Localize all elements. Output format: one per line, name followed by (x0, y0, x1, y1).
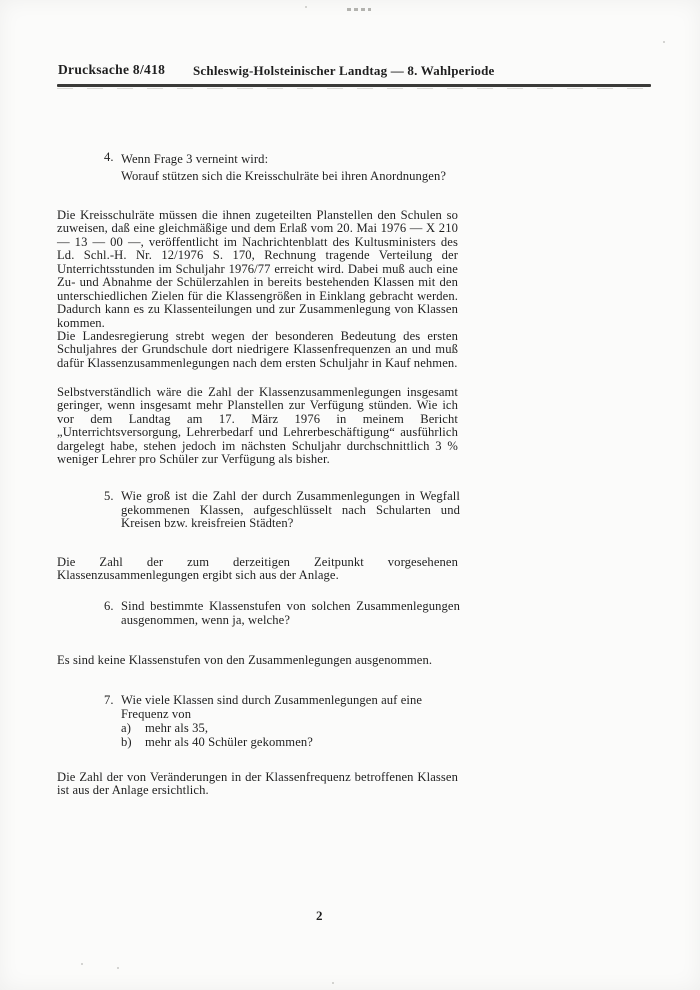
header-rule-shadow (57, 88, 651, 89)
question-4-text: Wenn Frage 3 verneint wird: Worauf stütz… (121, 151, 460, 184)
scan-artifact-speck (305, 6, 307, 8)
question-7-item-b-text: mehr als 40 Schüler gekommen? (145, 735, 313, 749)
page-number: 2 (316, 908, 323, 924)
question-5-text: Wie groß ist die Zahl der durch Zusammen… (121, 490, 460, 531)
question-6-number: 6. (104, 600, 114, 614)
question-7-item-b-label: b) (121, 735, 145, 749)
question-7: 7. Wie viele Klassen sind durch Zusammen… (104, 694, 460, 749)
scan-artifact-smudge (347, 8, 371, 11)
header-rule (57, 84, 651, 87)
scan-artifact-speck (117, 967, 119, 969)
scan-artifact-speck (332, 982, 334, 984)
question-5-number: 5. (104, 490, 114, 504)
scan-artifact-speck (663, 41, 665, 43)
doc-title: Schleswig-Holsteinischer Landtag — 8. Wa… (193, 63, 494, 79)
answer-7-paragraph: Die Zahl der von Veränderungen in der Kl… (57, 771, 458, 798)
answer-4-paragraph-2: Die Landesregierung strebt wegen der bes… (57, 330, 458, 371)
doc-number: Drucksache 8/418 (58, 62, 165, 78)
question-7-number: 7. (104, 694, 114, 708)
question-4-line1: Wenn Frage 3 verneint wird: (121, 151, 460, 168)
question-7-text: Wie viele Klassen sind durch Zusammenleg… (121, 694, 460, 749)
question-6-text: Sind bestimmte Klassenstufen von solchen… (121, 600, 460, 627)
scanned-document-page: Drucksache 8/418 Schleswig-Holsteinische… (0, 0, 700, 990)
answer-4-paragraph-3: Selbstverständlich wäre die Zahl der Kla… (57, 386, 458, 467)
question-7-item-b: b)mehr als 40 Schüler gekommen? (121, 735, 460, 749)
question-4-line2: Worauf stützen sich die Kreisschulräte b… (121, 168, 460, 185)
question-7-item-a: a)mehr als 35, (121, 721, 460, 735)
question-7-item-a-label: a) (121, 721, 145, 735)
answer-5-paragraph: Die Zahl der zum derzeitigen Zeitpunkt v… (57, 556, 458, 583)
answer-6-paragraph: Es sind keine Klassenstufen von den Zusa… (57, 654, 458, 668)
question-4: 4. Wenn Frage 3 verneint wird: Worauf st… (104, 151, 460, 184)
question-7-intro: Wie viele Klassen sind durch Zusammenleg… (121, 694, 460, 721)
question-7-item-a-text: mehr als 35, (145, 721, 208, 735)
answer-4-paragraph-1: Die Kreisschulräte müssen die ihnen zuge… (57, 209, 458, 331)
scan-artifact-speck (81, 963, 83, 965)
question-4-number: 4. (104, 151, 114, 165)
question-5: 5. Wie groß ist die Zahl der durch Zusam… (104, 490, 460, 531)
question-6: 6. Sind bestimmte Klassenstufen von solc… (104, 600, 460, 627)
